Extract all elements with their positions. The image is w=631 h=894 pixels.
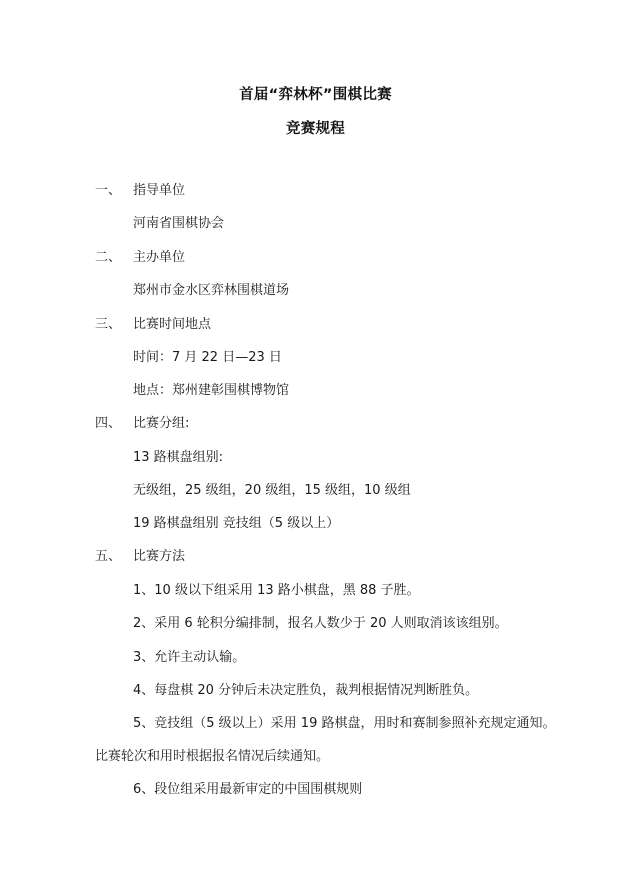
section-5-heading: 比赛方法 [133,549,185,565]
section-3-time: 时间：7 月 22 日—23 日 [133,350,282,366]
document-title: 首届“弈林杯”围棋比赛 [0,83,631,104]
section-1-number: 一、 [95,183,121,199]
section-5-rule-6: 6、段位组采用最新审定的中国围棋规则 [133,782,362,798]
section-2-line-1: 郑州市金水区弈林围棋道场 [133,283,289,299]
section-4-heading: 比赛分组: [133,416,189,432]
section-3-heading: 比赛时间地点 [133,317,211,333]
section-5-rule-4: 4、每盘棋 20 分钟后未决定胜负，裁判根据情况判断胜负。 [133,683,478,699]
section-4-line-3: 19 路棋盘组别 竞技组（5 级以上） [133,516,339,532]
section-1-heading: 指导单位 [133,183,185,199]
section-5-number: 五、 [95,549,121,565]
section-2-heading: 主办单位 [133,250,185,266]
section-5-rule-5: 5、竞技组（5 级以上）采用 19 路棋盘，用时和赛制参照补充规定通知。 [133,716,555,732]
section-1-line-1: 河南省围棋协会 [133,216,224,232]
section-2-number: 二、 [95,250,121,266]
section-5-rule-3: 3、允许主动认输。 [133,650,245,666]
section-4-line-2: 无级组，25 级组，20 级组，15 级组，10 级组 [133,483,411,499]
section-5-rule-5-continued: 比赛轮次和用时根据报名情况后续通知。 [95,749,329,765]
section-4-line-1: 13 路棋盘组别: [133,450,223,466]
section-3-venue: 地点：郑州建彰围棋博物馆 [133,383,289,399]
section-5-rule-2: 2、采用 6 轮积分编排制，报名人数少于 20 人则取消该该组别。 [133,616,508,632]
document-page: 首届“弈林杯”围棋比赛 竞赛规程 一、 指导单位 河南省围棋协会 二、 主办单位… [0,0,631,894]
document-subtitle: 竞赛规程 [0,117,631,138]
section-3-number: 三、 [95,317,121,333]
section-4-number: 四、 [95,416,121,432]
section-5-rule-1: 1、10 级以下组采用 13 路小棋盘，黑 88 子胜。 [133,583,420,599]
